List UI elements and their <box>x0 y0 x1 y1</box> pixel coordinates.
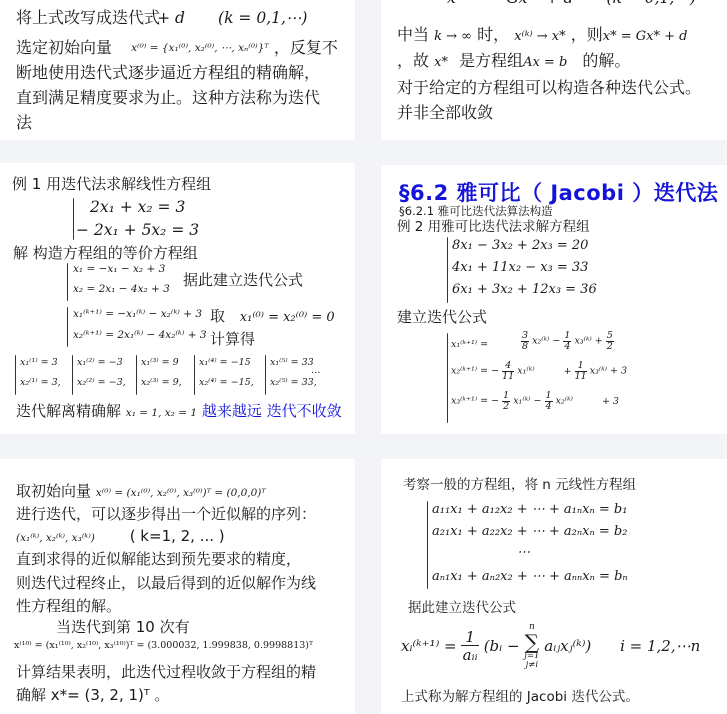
p2-l1-m2: x⁽ᵏ⁾ → x* <box>514 29 565 44</box>
p3-conclusion: 迭代解离精确解 x₁ = 1, x₂ = 1 越来越远 迭代不收敛 <box>16 401 342 423</box>
p4-iter2-term2: x₃⁽ᵏ⁾ + 3 <box>590 366 627 377</box>
p3-r2-x1: −3 <box>109 357 123 368</box>
p5-line9: 计算结果表明，此迭代过程收敛于方程组的精 <box>16 662 316 682</box>
p6-formula-sum: n ∑ j=1 j≠i <box>524 623 539 669</box>
p6-conclusion: 上式称为解方程组的 Jacobi 迭代公式。 <box>401 688 639 706</box>
p3-conclusion-text: 迭代解离精确解 <box>16 402 121 420</box>
p3-r3-x1: 9 <box>173 357 179 368</box>
p4-iter1-frac1-num: 3 <box>521 331 529 342</box>
p2-l1-m1: k → ∞ <box>434 29 472 44</box>
p5-l3-math: (x₁⁽ᵏ⁾, x₂⁽ᵏ⁾, x₃⁽ᵏ⁾) <box>16 532 95 544</box>
slide-panel-general-jacobi: 考察一般的方程组，将 n 元线性方程组 a₁₁x₁ + a₁₂x₂ + ⋯ + … <box>381 459 727 714</box>
p5-line7: 当迭代到第 10 次有 <box>56 617 190 637</box>
p4-iter-brace <box>447 333 448 423</box>
p3-r5-x2: 33, <box>302 377 317 388</box>
p6-sys-eqn: aₙ₁x₁ + aₙ₂x₂ + ⋯ + aₙₙxₙ = bₙ <box>432 569 628 584</box>
p3-build-label: 据此建立迭代公式 <box>183 270 303 290</box>
p2-l2-c: 的解。 <box>582 51 630 70</box>
p4-iter3-frac1-den: 2 <box>502 402 510 412</box>
p3-r3-x2: 9, <box>173 377 182 388</box>
p3-conclusion-math: x₁ = 1, x₂ = 1 <box>126 407 197 419</box>
slide-panel-example-1: 例 1 用迭代法求解线性方程组 2x₁ + x₂ = 3 − 2x₁ + 5x₂… <box>0 163 355 434</box>
p5-line5: 则迭代过程终止，以最后得到的近似解作为线 <box>16 573 316 593</box>
p3-r4-x2: −15, <box>231 377 254 388</box>
p4-heading: §6.2 雅可比（ Jacobi ）迭代法 <box>399 177 718 207</box>
p4-iter1-frac1-den: 8 <box>521 342 529 352</box>
p4-iter2-frac1-num: 4 <box>502 361 514 372</box>
p6-sum-symbol: ∑ <box>524 632 539 652</box>
p3-r4-x1: −15 <box>231 357 251 368</box>
p4-iter2-frac2-num: 1 <box>575 361 587 372</box>
p2-l1-b: 时， <box>477 25 509 44</box>
p4-iter3-tail: + 3 <box>602 396 619 407</box>
p5-line1: 取初始向量 x⁽⁰⁾ = (x₁⁽⁰⁾, x₂⁽⁰⁾, x₃⁽⁰⁾)ᵀ = (0… <box>16 481 266 503</box>
p3-r1-brace <box>15 355 16 395</box>
p3-sys-eq2: − 2x₁ + 5x₂ = 3 <box>76 221 199 239</box>
p3-conclusion-highlight: 越来越远 迭代不收敛 <box>202 402 342 420</box>
p1-line1-math: + d <box>157 9 185 27</box>
p2-top-formula: x⁽ᵏ⁺¹⁾ = Gx⁽ᵏ⁾ + d (k = 0,1,⋯) <box>447 0 696 7</box>
p5-l3-range: ( k=1, 2, ... ) <box>130 527 225 545</box>
p2-l1-m3: x* = Gx* + d <box>603 29 688 44</box>
p4-sys-eq2: 4x₁ + 11x₂ − x₃ = 33 <box>452 260 588 275</box>
p6-formula-num: 1 <box>461 630 479 646</box>
p6-sys-eq2: a₂₁x₁ + a₂₂x₂ + ⋯ + a₂ₙxₙ = b₂ <box>432 524 627 539</box>
p3-ellipsis: … <box>311 365 321 376</box>
p2-l1-c: ，则 <box>571 25 603 44</box>
p3-r1-x2: 3, <box>52 377 61 388</box>
p3-iter-eq1: x₁⁽ᵏ⁺¹⁾ = −x₁⁽ᵏ⁾ − x₂⁽ᵏ⁾ + 3 <box>73 308 202 320</box>
p4-iter3-frac2-den: 4 <box>545 402 553 412</box>
p1-line4: 直到满足精度要求为止。这种方法称为迭代 <box>16 86 320 110</box>
p3-r3: x₁⁽³⁾ = 9 <box>141 357 179 368</box>
p6-sys-brace <box>427 501 428 589</box>
p6-formula-mid: (bᵢ − <box>484 637 520 655</box>
p2-line1: 中当 k → ∞ 时， x⁽ᵏ⁾ → x* ，则x* = Gx* + d <box>397 23 687 49</box>
p4-iter1-rhs: 38 x₂⁽ᵏ⁾ − 14 x₃⁽ᵏ⁾ + 52 <box>521 331 614 351</box>
p5-line3: (x₁⁽ᵏ⁾, x₂⁽ᵏ⁾, x₃⁽ᵏ⁾) ( k=1, 2, ... ) <box>16 526 225 548</box>
p3-equiv-brace <box>67 263 68 301</box>
p3-r5b: x₂⁽⁵⁾ = 33, <box>270 377 317 388</box>
p4-sys-eq3: 6x₁ + 3x₂ + 12x₃ = 36 <box>452 282 597 297</box>
p6-line1: 考察一般的方程组，将 n 元线性方程组 <box>403 476 636 494</box>
p2-line3: 对于给定的方程组可以构造各种迭代公式。 <box>397 76 701 100</box>
p2-top-range: (k = 0,1,⋯) <box>607 0 696 7</box>
p2-l2-b: 是方程组 <box>459 51 523 70</box>
p3-iter-eq2: x₂⁽ᵏ⁺¹⁾ = 2x₁⁽ᵏ⁾ − 4x₂⁽ᵏ⁾ + 3 <box>73 329 207 341</box>
p3-take: 取 x₁⁽⁰⁾ = x₂⁽⁰⁾ = 0 <box>210 306 335 328</box>
p4-iter3-term1: x₁⁽ᵏ⁾ − <box>513 396 541 407</box>
p1-line2-text: 选定初始向量 <box>16 38 112 57</box>
p4-iter2-lhs: x₂⁽ᵏ⁺¹⁾ = − <box>451 366 499 377</box>
p3-equiv-eq2: x₂ = 2x₁ − 4x₂ + 3 <box>73 283 170 295</box>
p4-iter2-frac2-den: 11 <box>575 372 587 382</box>
slide-panel-example-2-result: 取初始向量 x⁽⁰⁾ = (x₁⁽⁰⁾, x₂⁽⁰⁾, x₃⁽⁰⁾)ᵀ = (0… <box>0 459 355 714</box>
p3-r2-x2: −3, <box>109 377 126 388</box>
p4-iter2-frac1-den: 11 <box>502 372 514 382</box>
p4-iter3-lhs: x₃⁽ᵏ⁺¹⁾ = − <box>451 396 499 407</box>
slide-panel-jacobi-method: §6.2 雅可比（ Jacobi ）迭代法 §6.2.1 雅可比迭代法算法构造 … <box>381 165 727 434</box>
p4-example: 例 2 用雅可比迭代法求解方程组 <box>397 218 590 236</box>
p3-r4b: x₂⁽⁴⁾ = −15, <box>199 377 254 388</box>
p4-iter1-frac3-num: 5 <box>606 331 614 342</box>
p4-iter1-frac2-num: 1 <box>563 331 571 342</box>
p2-l2-m2: Ax = b <box>523 55 567 70</box>
p4-subheading: §6.2.1 雅可比迭代法算法构造 <box>399 204 553 218</box>
p4-iter1-frac3-den: 2 <box>606 342 614 352</box>
p5-line10: 确解 x*= (3, 2, 1)ᵀ 。 <box>16 685 169 705</box>
p5-line2: 进行迭代，可以逐步得出一个近似解的序列： <box>16 504 316 524</box>
p2-l2-m1: x* <box>434 55 448 70</box>
p4-iter3-term2: x₂⁽ᵏ⁾ <box>556 396 573 407</box>
p2-l1-a: 中当 <box>397 25 429 44</box>
p3-take-label: 取 <box>210 307 225 325</box>
p3-sys-eq1: 2x₁ + x₂ = 3 <box>90 198 185 216</box>
p3-equiv-eq1: x₁ = −x₁ − x₂ + 3 <box>73 263 165 275</box>
p6-sys-ellipsis: ⋯ <box>517 545 530 560</box>
p4-iter2-plus: + <box>564 366 572 377</box>
p6-formula-lhs: xᵢ⁽ᵏ⁺¹⁾ = <box>401 637 457 655</box>
p2-line4: 并非全部收敛 <box>397 101 493 125</box>
p3-r2b: x₂⁽²⁾ = −3, <box>77 377 126 388</box>
p4-iter1-lhs: x₁⁽ᵏ⁺¹⁾ = <box>451 339 488 350</box>
p1-initial-vector-math: x⁽⁰⁾ = {x₁⁽⁰⁾, x₂⁽⁰⁾, ⋯, xₙ⁽⁰⁾}ᵀ <box>131 42 269 54</box>
p5-line4: 直到求得的近似解能达到预先要求的精度， <box>16 549 301 569</box>
slide-panel-convergence: x⁽ᵏ⁺¹⁾ = Gx⁽ᵏ⁾ + d (k = 0,1,⋯) 中当 k → ∞ … <box>381 0 727 140</box>
slide-panel-iteration-form: 将上式改写成迭代式 + d (k = 0,1,⋯) 选定初始向量 x⁽⁰⁾ = … <box>0 0 355 140</box>
p1-line1-text: 将上式改写成迭代式 <box>16 8 160 27</box>
p5-l1-math: x⁽⁰⁾ = (x₁⁽⁰⁾, x₂⁽⁰⁾, x₃⁽⁰⁾)ᵀ = (0,0,0)ᵀ <box>96 487 266 499</box>
p3-iter-brace <box>67 307 68 347</box>
p1-line1-range: (k = 0,1,⋯) <box>218 9 307 27</box>
p4-iter2-term1: x₁⁽ᵏ⁾ <box>517 366 534 377</box>
p3-results-row: x₁⁽¹⁾ = 3 x₂⁽¹⁾ = 3, x₁⁽²⁾ = −3 x₂⁽²⁾ = … <box>15 353 350 399</box>
p4-iter3-frac1-num: 1 <box>502 391 510 402</box>
p3-r3b: x₂⁽³⁾ = 9, <box>141 377 182 388</box>
p4-sys-eq1: 8x₁ − 3x₂ + 2x₃ = 20 <box>452 238 588 253</box>
p1-line2-tail: ，反复不 <box>274 38 338 57</box>
p3-r4: x₁⁽⁴⁾ = −15 <box>199 357 251 368</box>
p4-build-label: 建立迭代公式 <box>397 307 487 327</box>
p3-r4-brace <box>194 355 195 395</box>
p6-build-label: 据此建立迭代公式 <box>408 599 516 617</box>
p6-formula-den: aᵢᵢ <box>461 646 479 663</box>
p4-iter2: x₂⁽ᵏ⁺¹⁾ = − 411 x₁⁽ᵏ⁾ + 111 x₃⁽ᵏ⁾ + 3 <box>451 361 627 381</box>
p3-solve-label: 解 构造方程组的等价方程组 <box>13 243 198 263</box>
p4-sys-brace <box>447 237 448 303</box>
p5-l1-text: 取初始向量 <box>16 482 91 500</box>
p5-x10-result-math: x⁽¹⁰⁾ = (x₁⁽¹⁰⁾, x₂⁽¹⁰⁾, x₃⁽¹⁰⁾)ᵀ = (3.0… <box>14 640 313 651</box>
p2-l2-a: ，故 <box>397 51 429 70</box>
p3-take-math: x₁⁽⁰⁾ = x₂⁽⁰⁾ = 0 <box>240 310 335 325</box>
p4-iter1-frac2-den: 4 <box>563 342 571 352</box>
p3-r1-x1: 3 <box>52 357 58 368</box>
p6-jacobi-formula: xᵢ⁽ᵏ⁺¹⁾ = 1aᵢᵢ (bᵢ − n ∑ j=1 j≠i aᵢⱼxⱼ⁽ᵏ… <box>401 623 700 669</box>
p4-iter3-frac2-num: 1 <box>545 391 553 402</box>
p3-r3-brace <box>136 355 137 395</box>
p4-iter1-term1: x₂⁽ᵏ⁾ − <box>532 336 560 347</box>
p2-top-math: x⁽ᵏ⁺¹⁾ = Gx⁽ᵏ⁾ + d <box>447 0 573 7</box>
p3-example-title: 例 1 用迭代法求解线性方程组 <box>12 174 211 194</box>
p2-line2: ，故 x* 是方程组Ax = b 的解。 <box>397 49 630 75</box>
p4-iter3: x₃⁽ᵏ⁺¹⁾ = − 12 x₁⁽ᵏ⁾ − 14 x₂⁽ᵏ⁾ + 3 <box>451 391 619 411</box>
p5-line6: 性方程组的解。 <box>16 596 121 616</box>
p3-sys-brace <box>73 198 74 240</box>
p3-compute-label: 计算得 <box>210 329 255 349</box>
p1-line5: 法 <box>16 111 32 135</box>
p3-r5-brace <box>265 355 266 395</box>
p3-r2-brace <box>72 355 73 395</box>
p3-r2: x₁⁽²⁾ = −3 <box>77 357 123 368</box>
p6-sum-bot2: j≠i <box>524 661 539 670</box>
p1-line1: 将上式改写成迭代式 + d (k = 0,1,⋯) <box>16 6 307 30</box>
p4-iter1-term2: x₃⁽ᵏ⁾ + <box>574 336 602 347</box>
p3-r1: x₁⁽¹⁾ = 3 <box>20 357 58 368</box>
p1-line2: 选定初始向量 x⁽⁰⁾ = {x₁⁽⁰⁾, x₂⁽⁰⁾, ⋯, xₙ⁽⁰⁾}ᵀ … <box>16 36 338 60</box>
p6-formula-range: i = 1,2,⋯n <box>620 637 700 655</box>
p1-line3: 断地使用迭代式逐步逼近方程组的精确解， <box>16 61 320 85</box>
p3-r5: x₁⁽⁵⁾ = 33 <box>270 357 314 368</box>
p6-sys-eq1: a₁₁x₁ + a₁₂x₂ + ⋯ + a₁ₙxₙ = b₁ <box>432 502 627 517</box>
p3-r1b: x₂⁽¹⁾ = 3, <box>20 377 61 388</box>
p6-formula-tail: aᵢⱼxⱼ⁽ᵏ⁾) <box>544 637 591 655</box>
